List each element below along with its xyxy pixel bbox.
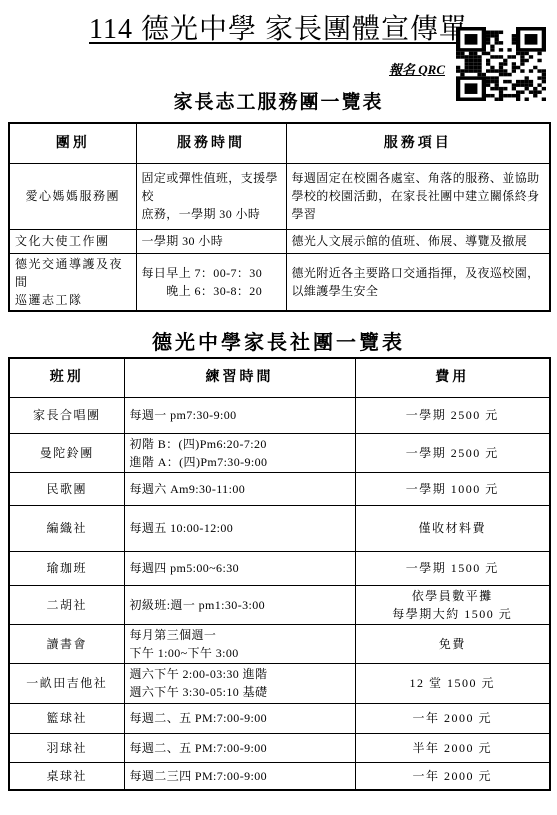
cell-service-time: 每日早上 7：00-7：30 晚上 6：30-8：20 (136, 253, 286, 311)
cell-fee: 12 堂 1500 元 (355, 663, 550, 703)
flyer-page: 114 德光中學 家長團體宣傳單 報名 QRC 家長志工服務團一覽表 團別 服務… (0, 0, 557, 815)
cell-fee: 半年 2000 元 (355, 733, 550, 762)
table-row: 羽球社 每週二、五 PM:7:00-9:00 半年 2000 元 (9, 733, 550, 762)
cell-practice-time: 每週六 Am9:30-11:00 (124, 472, 355, 505)
cell-class-name: 編織社 (9, 505, 124, 551)
table-row: 民歌團 每週六 Am9:30-11:00 一學期 1000 元 (9, 472, 550, 505)
volunteer-table-heading: 家長志工服務團一覽表 (0, 87, 557, 114)
club-table: 班別 練習時間 費用 家長合唱團 每週一 pm7:30-9:00 一學期 250… (8, 357, 551, 791)
cell-fee: 一學期 1000 元 (355, 472, 550, 505)
volunteer-table: 團別 服務時間 服務項目 愛心媽媽服務團 固定或彈性值班，支援學校 庶務，一學期… (8, 122, 551, 312)
col-header-group: 團別 (9, 123, 136, 163)
cell-group-name: 德光交通導護及夜間 巡邏志工隊 (9, 253, 136, 311)
cell-practice-time: 每週一 pm7:30-9:00 (124, 397, 355, 433)
table-row: 曼陀鈴團 初階 B：(四)Pm6:20-7:20 進階 A：(四)Pm7:30-… (9, 433, 550, 472)
cell-practice-time: 初級班:週一 pm1:30-3:00 (124, 585, 355, 624)
cell-group-name: 愛心媽媽服務團 (9, 163, 136, 229)
cell-class-name: 讀書會 (9, 624, 124, 663)
table-row: 文化大使工作團 一學期 30 小時 德光人文展示館的值班、佈展、導覽及撤展 (9, 229, 550, 253)
cell-practice-time: 每週四 pm5:00~6:30 (124, 551, 355, 585)
cell-fee: 僅收材料費 (355, 505, 550, 551)
table-row: 二胡社 初級班:週一 pm1:30-3:00 依學員數平攤 每學期大約 1500… (9, 585, 550, 624)
table-row: 一畝田吉他社 週六下午 2:00-03:30 進階 週六下午 3:30-05:1… (9, 663, 550, 703)
table-header-row: 團別 服務時間 服務項目 (9, 123, 550, 163)
cell-class-name: 桌球社 (9, 762, 124, 790)
cell-fee: 依學員數平攤 每學期大約 1500 元 (355, 585, 550, 624)
cell-class-name: 瑜珈班 (9, 551, 124, 585)
cell-service-items: 德光人文展示館的值班、佈展、導覽及撤展 (286, 229, 550, 253)
table-row: 籃球社 每週二、五 PM:7:00-9:00 一年 2000 元 (9, 703, 550, 733)
table-row: 瑜珈班 每週四 pm5:00~6:30 一學期 1500 元 (9, 551, 550, 585)
table-row: 編織社 每週五 10:00-12:00 僅收材料費 (9, 505, 550, 551)
cell-service-items: 德光附近各主要路口交通指揮，及夜巡校園， 以維護學生安全 (286, 253, 550, 311)
qr-signup-label: 報名 QRC (389, 59, 445, 78)
cell-class-name: 羽球社 (9, 733, 124, 762)
cell-practice-time: 每週五 10:00-12:00 (124, 505, 355, 551)
cell-fee: 一學期 2500 元 (355, 433, 550, 472)
cell-practice-time: 每週二、五 PM:7:00-9:00 (124, 703, 355, 733)
table-header-row: 班別 練習時間 費用 (9, 358, 550, 397)
col-header-fee: 費用 (355, 358, 550, 397)
table-row: 愛心媽媽服務團 固定或彈性值班，支援學校 庶務，一學期 30 小時 每週固定在校… (9, 163, 550, 229)
club-table-heading: 德光中學家長社團一覽表 (0, 326, 557, 355)
table-row: 桌球社 每週二三四 PM:7:00-9:00 一年 2000 元 (9, 762, 550, 790)
cell-class-name: 二胡社 (9, 585, 124, 624)
cell-service-time: 固定或彈性值班，支援學校 庶務，一學期 30 小時 (136, 163, 286, 229)
cell-fee: 一年 2000 元 (355, 703, 550, 733)
cell-service-time: 一學期 30 小時 (136, 229, 286, 253)
cell-group-name: 文化大使工作團 (9, 229, 136, 253)
table-row: 家長合唱團 每週一 pm7:30-9:00 一學期 2500 元 (9, 397, 550, 433)
cell-practice-time: 每月第三個週一 下午 1:00~下午 3:00 (124, 624, 355, 663)
cell-practice-time: 週六下午 2:00-03:30 進階 週六下午 3:30-05:10 基礎 (124, 663, 355, 703)
cell-fee: 一學期 2500 元 (355, 397, 550, 433)
cell-practice-time: 初階 B：(四)Pm6:20-7:20 進階 A：(四)Pm7:30-9:00 (124, 433, 355, 472)
cell-service-items: 每週固定在校園各處室、角落的服務、並協助 學校的校園活動，在家長社團中建立關係終… (286, 163, 550, 229)
col-header-class: 班別 (9, 358, 124, 397)
col-header-practice-time: 練習時間 (124, 358, 355, 397)
cell-class-name: 籃球社 (9, 703, 124, 733)
cell-class-name: 一畝田吉他社 (9, 663, 124, 703)
cell-fee: 一學期 1500 元 (355, 551, 550, 585)
cell-practice-time: 每週二、五 PM:7:00-9:00 (124, 733, 355, 762)
cell-practice-time: 每週二三四 PM:7:00-9:00 (124, 762, 355, 790)
cell-fee: 免費 (355, 624, 550, 663)
cell-class-name: 家長合唱團 (9, 397, 124, 433)
table-row: 德光交通導護及夜間 巡邏志工隊 每日早上 7：00-7：30 晚上 6：30-8… (9, 253, 550, 311)
col-header-service-items: 服務項目 (286, 123, 550, 163)
cell-fee: 一年 2000 元 (355, 762, 550, 790)
table-row: 讀書會 每月第三個週一 下午 1:00~下午 3:00 免費 (9, 624, 550, 663)
cell-class-name: 民歌團 (9, 472, 124, 505)
cell-class-name: 曼陀鈴團 (9, 433, 124, 472)
col-header-service-time: 服務時間 (136, 123, 286, 163)
